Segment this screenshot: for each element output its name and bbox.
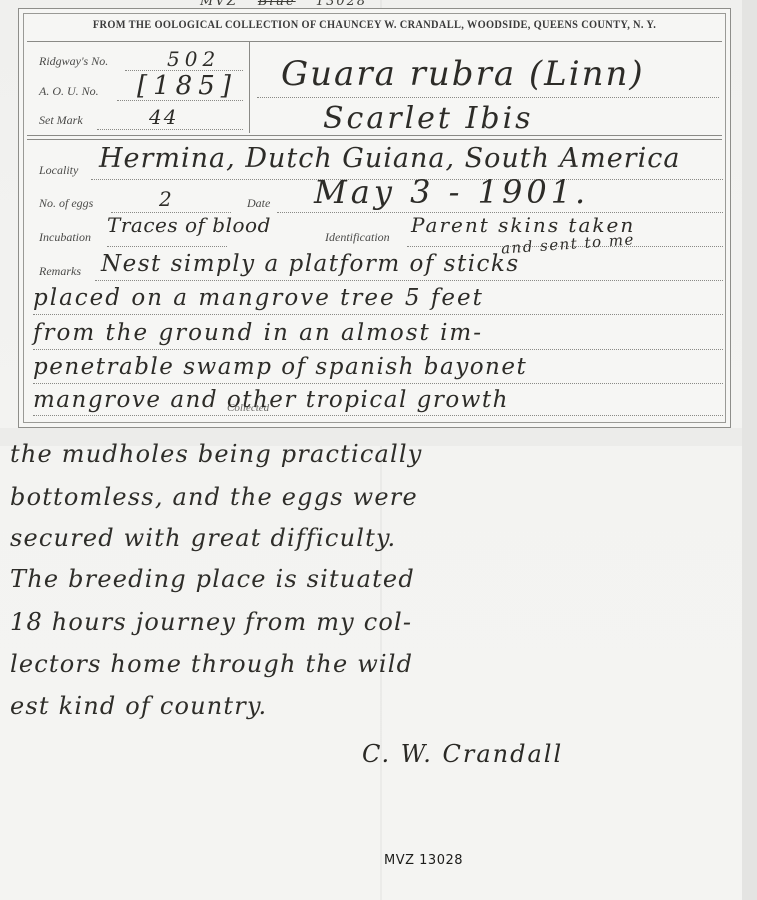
incubation-label: Incubation — [39, 230, 91, 245]
letter-line-4: The breeding place is situated — [10, 565, 415, 593]
locality-label: Locality — [39, 163, 78, 178]
set-mark-line — [97, 129, 243, 130]
top-annotation: MVZ Blue 13028 — [200, 0, 367, 8]
aou-no-value: [185] — [137, 71, 237, 101]
collected-line — [33, 415, 723, 416]
scientific-name: Guara rubra (Linn) — [281, 54, 645, 94]
card-header: FROM THE OOLOGICAL COLLECTION OF CHAUNCE… — [47, 19, 701, 31]
incubation-value: Traces of blood — [107, 213, 271, 237]
remarks-continuation-2: from the ground in an almost im- — [33, 320, 483, 346]
letter-line-5: 18 hours journey from my col- — [10, 608, 412, 636]
letter-line-2: bottomless, and the eggs were — [10, 483, 418, 511]
eggs-label: No. of eggs — [39, 196, 93, 211]
species-line — [257, 97, 719, 98]
remarks-continuation-4: mangrove and other tropical growth — [33, 387, 509, 413]
remarks-label: Remarks — [39, 264, 81, 279]
header-rule — [27, 41, 722, 42]
ridgways-no-label: Ridgway's No. — [39, 54, 108, 69]
locality-value: Hermina, Dutch Guiana, South America — [99, 143, 680, 174]
remarks-continuation-1: placed on a mangrove tree 5 feet — [33, 285, 484, 311]
date-value: May 3 - 1901. — [314, 173, 589, 211]
incubation-line — [107, 246, 227, 247]
aou-no-label: A. O. U. No. — [39, 84, 99, 99]
date-label: Date — [247, 196, 270, 211]
section-rule — [27, 135, 722, 136]
set-mark-value: 44 — [149, 105, 178, 129]
remarks-line-2 — [33, 349, 723, 350]
eggs-value: 2 — [159, 187, 172, 211]
paper-edge — [742, 0, 757, 900]
letter-line-7: est kind of country. — [10, 692, 267, 720]
signature: C. W. Crandall — [362, 740, 563, 768]
oological-data-card: FROM THE OOLOGICAL COLLECTION OF CHAUNCE… — [18, 8, 731, 428]
letter-line-6: lectors home through the wild — [10, 650, 413, 678]
remarks-line-0 — [95, 280, 723, 281]
letter-line-3: secured with great difficulty. — [10, 524, 396, 552]
catalog-number: MVZ 13028 — [384, 853, 463, 868]
letter-line-1: the mudholes being practically — [10, 440, 423, 468]
id-column-divider — [249, 41, 250, 133]
remarks-value: Nest simply a platform of sticks — [101, 251, 520, 277]
set-mark-label: Set Mark — [39, 113, 83, 128]
common-name: Scarlet Ibis — [323, 101, 534, 136]
remarks-line-1 — [33, 314, 723, 315]
remarks-continuation-3: penetrable swamp of spanish bayonet — [33, 354, 527, 380]
identification-label: Identification — [325, 230, 390, 245]
ridgways-no-value: 502 — [167, 47, 220, 71]
remarks-line-3 — [33, 383, 723, 384]
